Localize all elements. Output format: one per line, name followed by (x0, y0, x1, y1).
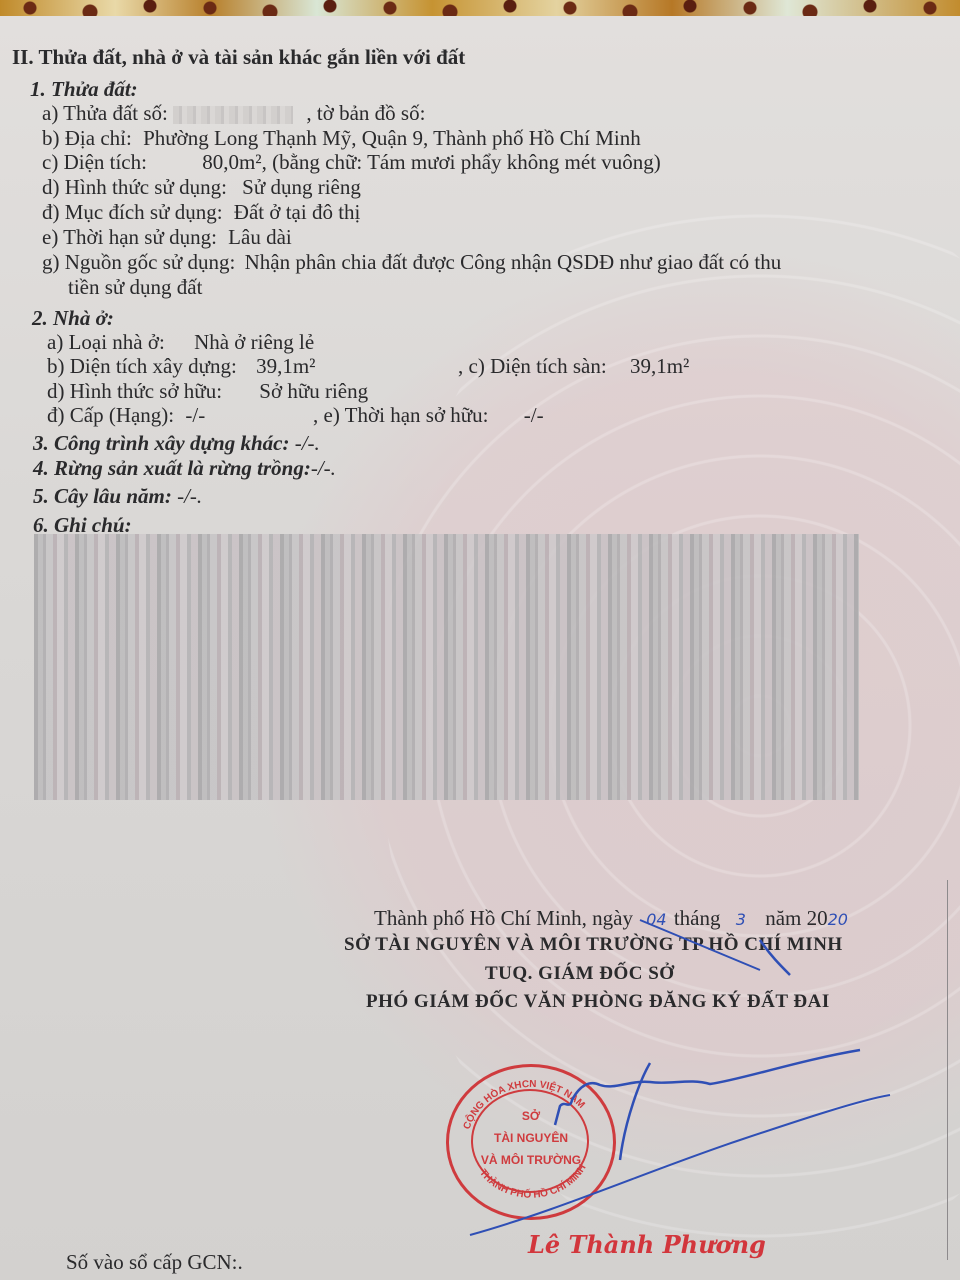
use-form-row: d) Hình thức sử dụng: Sử dụng riêng (42, 175, 361, 199)
house-type-value: Nhà ở riêng lẻ (194, 330, 314, 354)
forest-row: 4. Rừng sản xuất là rừng trồng:-/-. (33, 456, 336, 480)
date-day: 04 (646, 910, 666, 929)
other-construction-label: 3. Công trình xây dựng khác: (33, 431, 289, 455)
issuing-agency: SỞ TÀI NGUYÊN VÀ MÔI TRƯỜNG TP HỒ CHÍ MI… (344, 933, 843, 957)
plot-number-label: a) Thửa đất số: (42, 101, 168, 125)
address-row: b) Địa chỉ: Phường Long Thạnh Mỹ, Quận 9… (42, 126, 641, 150)
year-label: năm 20 (765, 906, 827, 930)
month-label: tháng (674, 906, 721, 930)
own-term-row: , e) Thời hạn sở hữu: -/- (313, 403, 544, 427)
term-row: e) Thời hạn sử dụng: Lâu dài (42, 225, 292, 249)
official-red-stamp: CỘNG HÒA XHCN VIỆT NAM THÀNH PHỐ HỒ CHÍ … (446, 1064, 616, 1220)
stamp-line-1: SỞ (449, 1109, 613, 1123)
term-value: Lâu dài (228, 225, 292, 249)
origin-value-continued: tiền sử dụng đất (68, 275, 202, 299)
address-value: Phường Long Thạnh Mỹ, Quận 9, Thành phố … (143, 126, 641, 150)
perennial-label: 5. Cây lâu năm: (33, 484, 172, 508)
purpose-row: đ) Mục đích sử dụng: Đất ở tại đô thị (42, 200, 360, 224)
land-heading: 1. Thửa đất: (30, 77, 138, 101)
grade-value: -/- (185, 403, 205, 427)
built-area-label: b) Diện tích xây dựng: (47, 354, 237, 378)
ownership-value: Sở hữu riêng (259, 379, 368, 403)
origin-label: g) Nguồn gốc sử dụng: (42, 250, 235, 274)
floor-area-value: 39,1m² (630, 354, 689, 378)
margin-border (947, 880, 960, 1260)
other-construction-row: 3. Công trình xây dựng khác: -/-. (33, 431, 320, 455)
area-words: , (bằng chữ: Tám mươi phẩy không mét vuô… (262, 150, 661, 174)
svg-text:THÀNH PHỐ HỒ CHÍ MINH: THÀNH PHỐ HỒ CHÍ MINH (477, 1163, 589, 1201)
address-label: b) Địa chỉ: (42, 126, 132, 150)
date-year-suffix: 20 (828, 910, 848, 929)
grade-label: đ) Cấp (Hạng): (47, 403, 174, 427)
plot-number-redacted (173, 106, 293, 124)
house-type-row: a) Loại nhà ở: Nhà ở riêng lẻ (47, 330, 314, 354)
date-month: 3 (736, 910, 746, 929)
floor-area-label: , c) Diện tích sàn: (458, 354, 607, 378)
built-area-value: 39,1m² (256, 354, 315, 378)
house-type-label: a) Loại nhà ở: (47, 330, 165, 354)
notes-redacted-area (34, 534, 859, 800)
use-form-value: Sử dụng riêng (242, 175, 361, 199)
on-behalf-title: TUQ. GIÁM ĐỐC SỞ (485, 962, 675, 986)
svg-text:CỘNG HÒA XHCN VIỆT NAM: CỘNG HÒA XHCN VIỆT NAM (462, 1079, 587, 1131)
ownership-label: d) Hình thức sở hữu: (47, 379, 222, 403)
use-form-label: d) Hình thức sử dụng: (42, 175, 227, 199)
origin-value: Nhận phân chia đất được Công nhận QSDĐ n… (245, 250, 782, 274)
registry-number-label: Số vào sổ cấp GCN:. (66, 1250, 243, 1274)
perennial-row: 5. Cây lâu năm: -/-. (33, 484, 202, 508)
built-area-row: b) Diện tích xây dựng: 39,1m² (47, 354, 315, 378)
purpose-label: đ) Mục đích sử dụng: (42, 200, 223, 224)
area-label: c) Diện tích: (42, 150, 147, 174)
section-title: II. Thửa đất, nhà ở và tài sản khác gắn … (12, 45, 465, 69)
term-label: e) Thời hạn sử dụng: (42, 225, 217, 249)
plot-number-row: a) Thửa đất số: , tờ bản đồ số: (42, 101, 425, 125)
house-heading: 2. Nhà ở: (32, 306, 114, 330)
place-date-prefix: Thành phố Hồ Chí Minh, ngày (374, 906, 633, 930)
stamp-line-2: TÀI NGUYÊN (449, 1131, 613, 1145)
perennial-value: -/-. (177, 484, 202, 508)
map-sheet-label: , tờ bản đồ số: (306, 101, 425, 125)
stamp-line-3: VÀ MÔI TRƯỜNG (449, 1153, 613, 1167)
floor-area-row: , c) Diện tích sàn: 39,1m² (458, 354, 689, 378)
other-construction-value: -/-. (295, 431, 320, 455)
area-value: 80,0m² (202, 150, 261, 174)
signer-name: Lê Thành Phương (528, 1230, 766, 1259)
place-date-row: Thành phố Hồ Chí Minh, ngày 04 tháng 3 n… (374, 906, 848, 932)
forest-label: 4. Rừng sản xuất là rừng trồng: (33, 456, 311, 480)
own-term-value: -/- (524, 403, 544, 427)
own-term-label: , e) Thời hạn sở hữu: (313, 403, 489, 427)
signer-position: PHÓ GIÁM ĐỐC VĂN PHÒNG ĐĂNG KÝ ĐẤT ĐAI (366, 990, 830, 1014)
area-row: c) Diện tích: 80,0m², (bằng chữ: Tám mươ… (42, 150, 661, 174)
ownership-row: d) Hình thức sở hữu: Sở hữu riêng (47, 379, 368, 403)
origin-row: g) Nguồn gốc sử dụng: Nhận phân chia đất… (42, 250, 781, 274)
grade-row: đ) Cấp (Hạng): -/- (47, 403, 205, 427)
purpose-value: Đất ở tại đô thị (234, 200, 361, 224)
forest-value: -/-. (311, 456, 336, 480)
